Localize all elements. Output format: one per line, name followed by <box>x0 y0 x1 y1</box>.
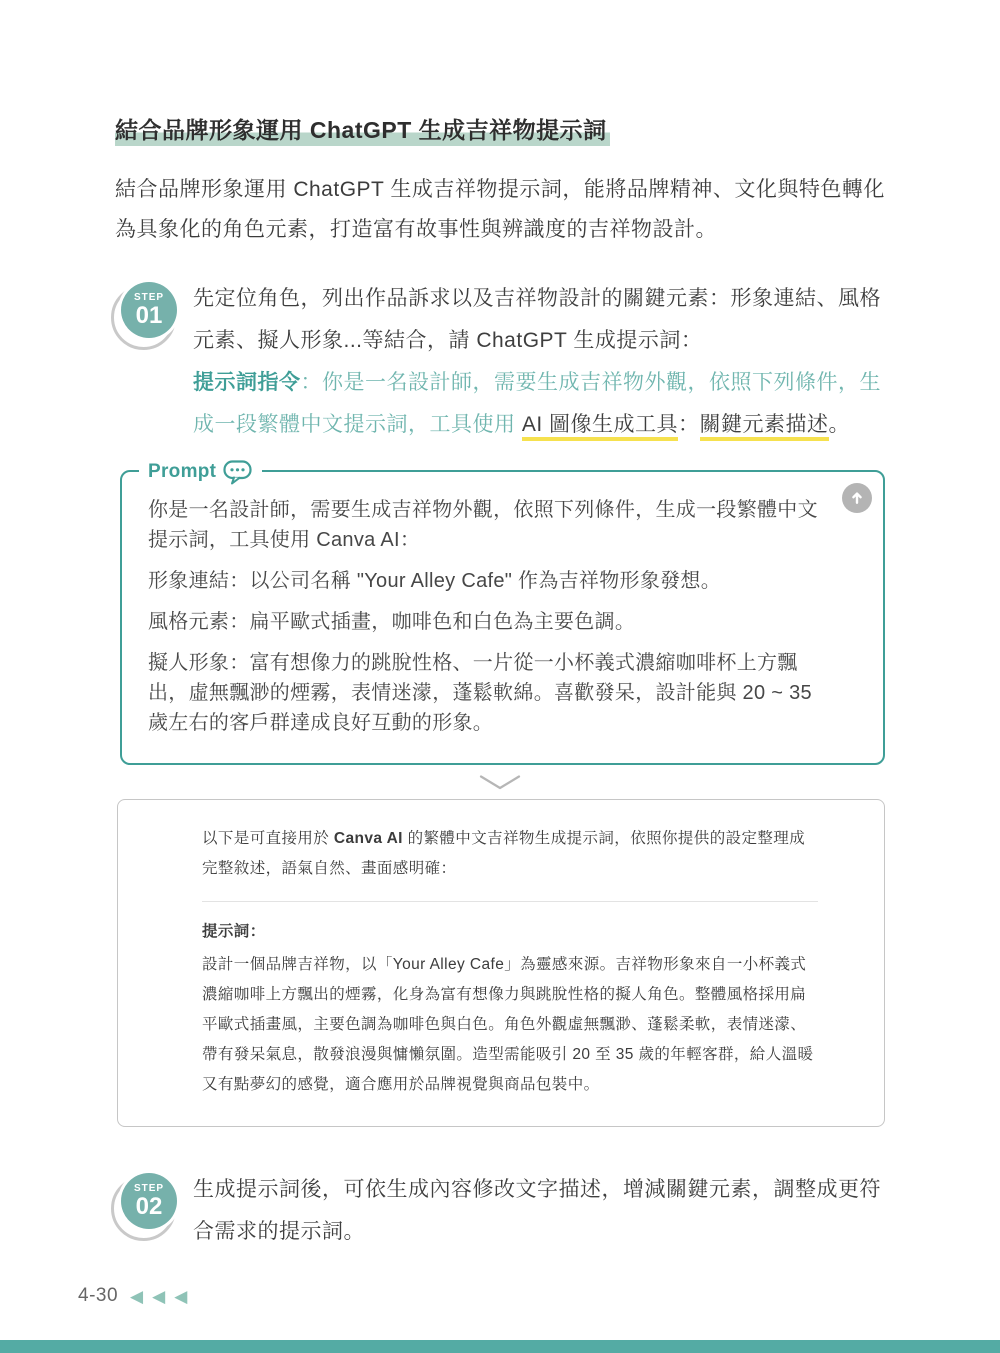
step-badge-circle: STEP 02 <box>121 1173 177 1229</box>
step-2-badge-column: STEP 02 <box>115 1169 193 1235</box>
step-2-badge: STEP 02 <box>115 1173 177 1235</box>
prompt-paragraph-style: 風格元素：扁平歐式插畫，咖啡色和白色為主要色調。 <box>148 607 818 637</box>
response-intro-prefix: 以下是可直接用於 <box>202 830 334 847</box>
speech-bubble-icon <box>223 460 252 485</box>
send-arrow-icon <box>842 483 872 513</box>
step-1-description: 先定位角色，列出作品訴求以及吉祥物設計的關鍵元素：形象連結、風格元素、擬人形象.… <box>193 278 885 362</box>
prompt-box-label: Prompt <box>139 457 262 487</box>
response-prompt-heading: 提示詞： <box>202 917 818 947</box>
book-page: 結合品牌形象運用 ChatGPT 生成吉祥物提示詞 結合品牌形象運用 ChatG… <box>0 0 1000 1353</box>
step-1-text: 先定位角色，列出作品訴求以及吉祥物設計的關鍵元素：形象連結、風格元素、擬人形象.… <box>193 278 885 446</box>
step-1-badge: STEP 01 <box>115 282 177 344</box>
prompt-paragraph-role: 你是一名設計師，需要生成吉祥物外觀，依照下列條件，生成一段繁體中文提示詞，工具使… <box>148 495 818 555</box>
step-2-description: 生成提示詞後，可依生成內容修改文字描述，增減關鍵元素，調整成更符合需求的提示詞。 <box>193 1169 885 1253</box>
step-1-command-line: 提示詞指令：你是一名設計師，需要生成吉祥物外觀，依照下列條件，生成一段繁體中文提… <box>193 362 885 446</box>
left-triangle-icon: ◀ <box>152 1288 165 1305</box>
step-badge-number: 02 <box>136 1194 163 1219</box>
left-triangle-icon: ◀ <box>130 1288 143 1305</box>
prompt-paragraph-persona: 擬人形象：富有想像力的跳脫性格、一片從一小杯義式濃縮咖啡杯上方飄出，虛無飄渺的煙… <box>148 648 818 738</box>
highlighted-term-key-elements: 關鍵元素描述 <box>700 413 829 441</box>
bottom-accent-bar <box>0 1340 1000 1353</box>
sentence-period: 。 <box>829 413 851 436</box>
step-2: STEP 02 生成提示詞後，可依生成內容修改文字描述，增減關鍵元素，調整成更符… <box>115 1169 885 1253</box>
highlight-separator: ： <box>678 413 700 436</box>
response-intro-tool-name: Canva AI <box>334 830 403 847</box>
step-badge-number: 01 <box>136 303 163 328</box>
response-prompt-body: 設計一個品牌吉祥物，以「Your Alley Cafe」為靈感來源。吉祥物形象來… <box>202 950 818 1100</box>
chevron-down-icon <box>115 774 885 792</box>
intro-paragraph: 結合品牌形象運用 ChatGPT 生成吉祥物提示詞，能將品牌精神、文化與特色轉化… <box>115 170 885 250</box>
left-triangle-icon: ◀ <box>174 1288 187 1305</box>
step-1: STEP 01 先定位角色，列出作品訴求以及吉祥物設計的關鍵元素：形象連結、風格… <box>115 278 885 446</box>
step-2-text: 生成提示詞後，可依生成內容修改文字描述，增減關鍵元素，調整成更符合需求的提示詞。 <box>193 1169 885 1253</box>
page-number: 4-30 <box>78 1285 118 1307</box>
prompt-label-text: Prompt <box>148 461 216 483</box>
prompt-paragraph-image-link: 形象連結：以公司名稱 "Your Alley Cafe" 作為吉祥物形象發想。 <box>148 566 818 596</box>
command-label: 提示詞指令 <box>193 371 301 394</box>
response-box: 以下是可直接用於 Canva AI 的繁體中文吉祥物生成提示詞，依照你提供的設定… <box>117 799 885 1127</box>
step-1-badge-column: STEP 01 <box>115 278 193 344</box>
response-intro: 以下是可直接用於 Canva AI 的繁體中文吉祥物生成提示詞，依照你提供的設定… <box>202 824 818 884</box>
highlighted-term-ai-tool: AI 圖像生成工具 <box>522 413 678 441</box>
response-divider <box>202 901 818 902</box>
step-badge-circle: STEP 01 <box>121 282 177 338</box>
page-content: 結合品牌形象運用 ChatGPT 生成吉祥物提示詞 結合品牌形象運用 ChatG… <box>0 0 1000 1253</box>
section-title: 結合品牌形象運用 ChatGPT 生成吉祥物提示詞 <box>115 112 885 145</box>
section-title-text: 結合品牌形象運用 ChatGPT 生成吉祥物提示詞 <box>115 117 610 146</box>
page-footer: 4-30 ◀ ◀ ◀ <box>78 1285 196 1307</box>
prompt-box: Prompt 你是一名設計師，需要生成吉祥物外觀，依照下列條件，生成一段繁體中文… <box>120 470 885 765</box>
